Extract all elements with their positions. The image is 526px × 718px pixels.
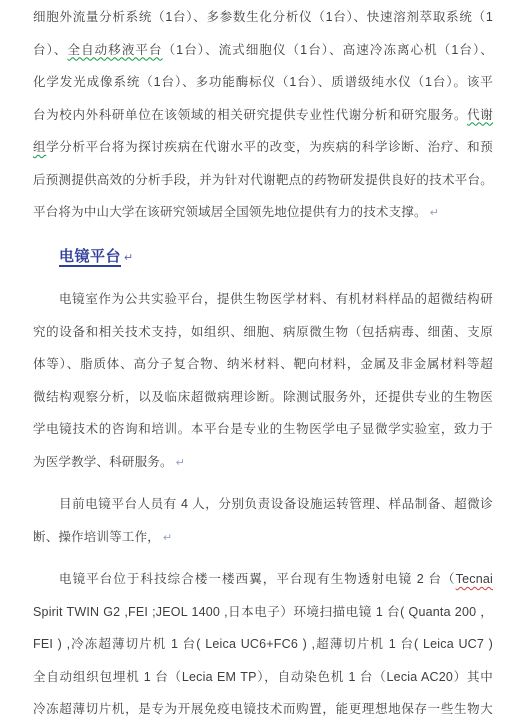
text-line: 台）、全自动移液平台（1台）、流式细胞仪（1台）、高速冷冻离心机（1台）、 (33, 34, 493, 67)
paragraph-mark-icon: ↵ (124, 242, 133, 275)
text-run: 为医学教学、科研服务。 (33, 455, 173, 469)
text-line: Spirit TWIN G2 ,FEI ;JEOL 1400 ,日本电子）环境扫… (33, 596, 493, 629)
text-run: 后预测提供高效的分析手段，并为针对代谢靶点的药物研发提供良好的技术平台。 (33, 173, 493, 187)
spellcheck-flagged-text: Tecnai (456, 572, 493, 586)
text-line: 断、操作培训等工作，↵ (33, 521, 493, 554)
spellcheck-flagged-text: 组 (33, 140, 46, 154)
text-run: 学分析平台将为探讨疾病在代谢水平的改变，为疾病的科学诊断、治疗、和预 (46, 140, 493, 154)
paragraph-mark-icon: ↵ (176, 447, 185, 480)
text-line: 后预测提供高效的分析手段，并为针对代谢靶点的药物研发提供良好的技术平台。 (33, 164, 493, 197)
section-heading: 电镜平台 (59, 248, 121, 265)
text-run: 平台将为中山大学在该研究领域居全国领先地位提供有力的技术支撑。 (33, 205, 427, 219)
text-line: 微结构观察分析，以及临床超微病理诊断。除测试服务外，还提供专业的生物医 (33, 381, 493, 414)
text-run: 微结构观察分析，以及临床超微病理诊断。除测试服务外，还提供专业的生物医 (33, 390, 493, 404)
text-run: 台为校内外科研单位在该领域的相关研究提供专业性代谢分析和研究服务。 (33, 108, 467, 122)
paragraph-mark-icon: ↵ (430, 197, 439, 230)
text-run: （1台）、流式细胞仪（1台）、高速冷冻离心机（1台）、 (163, 43, 493, 57)
spellcheck-flagged-text: 代谢 (467, 108, 493, 122)
text-run: 目前电镜平台人员有 4 人，分别负责设备设施运转管理、样品制备、超微诊 (59, 497, 493, 511)
text-run: 电镜室作为公共实验平台，提供生物医学材料、有机材料样品的超微结构研 (59, 292, 493, 306)
text-line: 平台将为中山大学在该研究领域居全国领先地位提供有力的技术支撑。↵ (33, 196, 493, 229)
text-line: 台为校内外科研单位在该领域的相关研究提供专业性代谢分析和研究服务。代谢 (33, 99, 493, 132)
paragraph-em-staff: 目前电镜平台人员有 4 人，分别负责设备设施运转管理、样品制备、超微诊 断、操作… (33, 488, 493, 553)
text-line: 电镜平台↵ (33, 241, 493, 274)
text-line: 究的设备和相关技术支持，如组织、细胞、病原微生物（包括病毒、细菌、支原 (33, 316, 493, 349)
text-run: 究的设备和相关技术支持，如组织、细胞、病原微生物（包括病毒、细菌、支原 (33, 325, 493, 339)
spellcheck-flagged-text: 全自动移液平台 (68, 43, 163, 57)
text-run: 化学发光成像系统（1台）、多功能酶标仪（1台）、质谱级纯水仪（1台）。该平 (33, 75, 493, 89)
paragraph-em-overview: 电镜室作为公共实验平台，提供生物医学材料、有机材料样品的超微结构研 究的设备和相… (33, 283, 493, 478)
text-run: 体等）、脂质体、高分子复合物、纳米材料、靶向材料，金属及非金属材料等超 (33, 357, 493, 371)
paragraph-mark-icon: ↵ (163, 522, 172, 555)
document-page[interactable]: 细胞外流量分析系统（1台）、多参数生化分析仪（1台）、快速溶剂萃取系统（1 台）… (0, 0, 526, 718)
text-line: 全自动组织包埋机 1 台（Lecia EM TP），自动染色机 1 台（Leci… (33, 661, 493, 694)
text-run: 断、操作培训等工作， (33, 530, 160, 544)
text-line: 电镜平台位于科技综合楼一楼西翼，平台现有生物透射电镜 2 台（Tecnai (33, 563, 493, 596)
text-line: 细胞外流量分析系统（1台）、多参数生化分析仪（1台）、快速溶剂萃取系统（1 (33, 1, 493, 34)
text-line: 电镜室作为公共实验平台，提供生物医学材料、有机材料样品的超微结构研 (33, 283, 493, 316)
text-line: FEI ) ,冷冻超薄切片机 1 台( Leica UC6+FC6 ) ,超薄切… (33, 628, 493, 661)
text-line: 为医学教学、科研服务。↵ (33, 446, 493, 479)
text-run: FEI ) ,冷冻超薄切片机 1 台( Leica UC6+FC6 ) ,超薄切… (33, 637, 493, 651)
text-run: Spirit TWIN G2 ,FEI ;JEOL 1400 ,日本电子）环境扫… (33, 605, 493, 619)
section-heading-block: 电镜平台↵ (33, 241, 493, 274)
text-line: 目前电镜平台人员有 4 人，分别负责设备设施运转管理、样品制备、超微诊 (33, 488, 493, 521)
text-line: 学电镜技术的咨询和培训。本平台是专业的生物医学电子显微学实验室，致力于 (33, 413, 493, 446)
text-run: 细胞外流量分析系统（1台）、多参数生化分析仪（1台）、快速溶剂萃取系统（1 (33, 10, 493, 24)
text-run: 全自动组织包埋机 1 台（Lecia EM TP），自动染色机 1 台（Leci… (33, 670, 493, 684)
paragraph-em-equipment: 电镜平台位于科技综合楼一楼西翼，平台现有生物透射电镜 2 台（Tecnai Sp… (33, 563, 493, 718)
text-line: 体等）、脂质体、高分子复合物、纳米材料、靶向材料，金属及非金属材料等超 (33, 348, 493, 381)
text-line: 化学发光成像系统（1台）、多功能酶标仪（1台）、质谱级纯水仪（1台）。该平 (33, 66, 493, 99)
text-run: 学电镜技术的咨询和培训。本平台是专业的生物医学电子显微学实验室，致力于 (33, 422, 493, 436)
text-run: 冷冻超薄切片机，是专为开展免疫电镜技术而购置，能更理想地保存一些生物大 (33, 702, 493, 716)
text-line: 冷冻超薄切片机，是专为开展免疫电镜技术而购置，能更理想地保存一些生物大 (33, 693, 493, 718)
paragraph-metabolomics-platform: 细胞外流量分析系统（1台）、多参数生化分析仪（1台）、快速溶剂萃取系统（1 台）… (33, 1, 493, 229)
text-line: 组学分析平台将为探讨疾病在代谢水平的改变，为疾病的科学诊断、治疗、和预 (33, 131, 493, 164)
text-run: 台）、 (33, 43, 68, 57)
text-run: 电镜平台位于科技综合楼一楼西翼，平台现有生物透射电镜 2 台（ (59, 572, 456, 586)
